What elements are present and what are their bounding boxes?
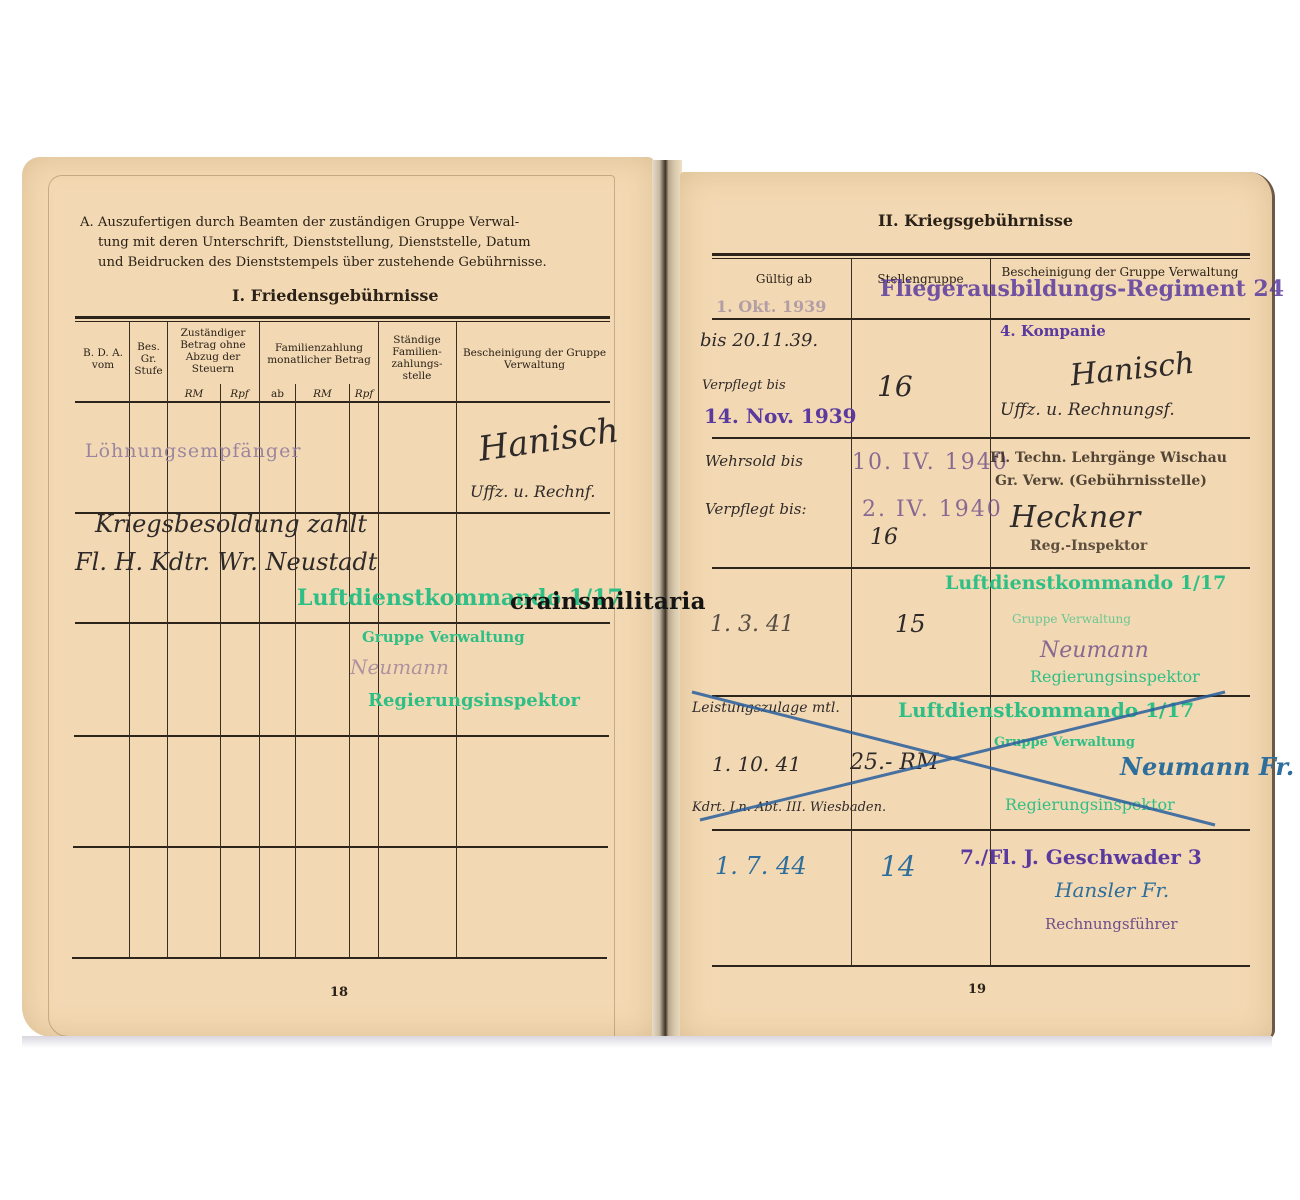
table-row-rule [75, 622, 610, 624]
table-row-rule [712, 437, 1250, 439]
table-row-rule [73, 846, 608, 848]
row3-signature: Neumann [1040, 638, 1149, 663]
signature-inspector: Neumann [350, 655, 449, 679]
cross-out-mark [680, 680, 1240, 840]
row5-group: 14 [880, 850, 916, 883]
table-row-rule [712, 965, 1250, 967]
instructions-block: A. Auszufertigen durch Beamten der zustä… [80, 213, 620, 273]
table-top-rule [712, 253, 1250, 256]
section-title-war: II. Kriegsgebührnisse [878, 211, 1073, 230]
row2-stamp-title: Reg.-Inspektor [1030, 538, 1147, 554]
row3-stamp-group: Gruppe Verwaltung [1012, 612, 1131, 626]
section-title-peace: I. Friedensgebührnisse [232, 286, 439, 305]
stamp-recipient: Löhnungsempfänger [85, 440, 301, 462]
stamp-fliegerausbildungs-regiment: Fliegerausbildungs-Regiment 24 [880, 276, 1284, 302]
table-row-rule [74, 735, 609, 737]
row3-stamp-unit: Luftdienstkommando 1/17 [945, 572, 1226, 594]
signature-title: Uffz. u. Rechnf. [470, 482, 595, 501]
instructions-line-2: tung mit deren Unterschrift, Dienststell… [80, 233, 620, 253]
row1-stamp-kompanie: 4. Kompanie [1000, 322, 1106, 340]
row2-signature: Heckner [1010, 500, 1140, 535]
col-line [259, 322, 260, 957]
row2-verpflegt: Verpflegt bis: [705, 500, 807, 518]
col-header-gueltig-ab: Gültig ab [720, 273, 848, 285]
row5-signature: Hansler Fr. [1055, 878, 1169, 902]
col-header-bda: B. D. A. vom [80, 347, 126, 371]
row2-stamp-office: Gr. Verw. (Gebührnisstelle) [995, 473, 1207, 489]
table-row-rule [712, 567, 1250, 569]
row2-stamp-unit: Fl. Techn. Lehrgänge Wischau [990, 450, 1227, 466]
table-top-rule [75, 316, 610, 319]
stamp-regierungsinspektor: Regierungsinspektor [368, 690, 580, 711]
table-top-rule-thin [75, 321, 610, 322]
row3-group: 15 [895, 610, 926, 638]
col-line [851, 259, 852, 965]
stamp-gruppe-verwaltung: Gruppe Verwaltung [362, 628, 525, 646]
page-number-left: 18 [330, 985, 348, 1000]
col-header-zahlungsstelle: Ständige Familien-zahlungs-stelle [380, 334, 454, 382]
row2-group: 16 [870, 525, 898, 550]
book-shadow [22, 1036, 1272, 1048]
row2-stamp-date-2: 2. IV. 1940 [862, 497, 1003, 522]
row1-until: bis 20.11.39. [700, 330, 818, 351]
col-line [220, 384, 221, 957]
handwritten-war-pay-line-2: Fl. H. Kdtr. Wr. Neustadt [75, 548, 377, 576]
subcol-ab: ab [260, 388, 295, 400]
col-line [129, 322, 130, 957]
row1-stamp-date: 1. Okt. 1939 [716, 297, 826, 316]
col-header-familienzahlung: Familienzahlung monatlicher Betrag [260, 342, 378, 366]
col-header-bescheinigung: Bescheinigung der Gruppe Verwaltung [462, 347, 607, 371]
col-header-betrag: Zuständiger Betrag ohne Abzug der Steuer… [168, 327, 258, 375]
row1-verpflegt: Verpflegt bis [702, 378, 786, 393]
col-line [295, 384, 296, 957]
row2-wehrsold: Wehrsold bis [705, 452, 803, 470]
row5-valid-from: 1. 7. 44 [715, 852, 807, 880]
instructions-line-1: A. Auszufertigen durch Beamten der zustä… [80, 213, 620, 233]
table-top-rule-thin [712, 258, 1250, 259]
subcol-rpf-2: Rpf [350, 388, 378, 400]
table-header-rule [75, 401, 610, 403]
subcol-rm-2: RM [296, 388, 349, 400]
row2-stamp-date-1: 10. IV. 1940 [852, 450, 1009, 475]
watermark: crainsmilitaria [510, 588, 706, 615]
row1-stamp-nov: 14. Nov. 1939 [704, 404, 857, 428]
subcol-rpf: Rpf [221, 388, 258, 400]
row1-signature-title: Uffz. u. Rechnungsf. [1000, 400, 1175, 420]
table-row-rule [72, 957, 607, 959]
subcol-rm: RM [170, 388, 218, 400]
col-line [167, 322, 168, 957]
row5-stamp-unit: 7./Fl. J. Geschwader 3 [960, 845, 1202, 869]
table-header-rule [712, 318, 1250, 320]
handwritten-war-pay-line-1: Kriegsbesoldung zahlt [95, 510, 367, 538]
col-header-besgr: Bes. Gr. Stufe [130, 341, 167, 377]
row3-valid-from: 1. 3. 41 [710, 612, 794, 637]
instructions-line-3: und Beidrucken des Dienststempels über z… [80, 253, 620, 273]
row1-group: 16 [877, 370, 913, 403]
page-number-right: 19 [968, 982, 986, 997]
row5-stamp-title: Rechnungsführer [1045, 915, 1178, 933]
